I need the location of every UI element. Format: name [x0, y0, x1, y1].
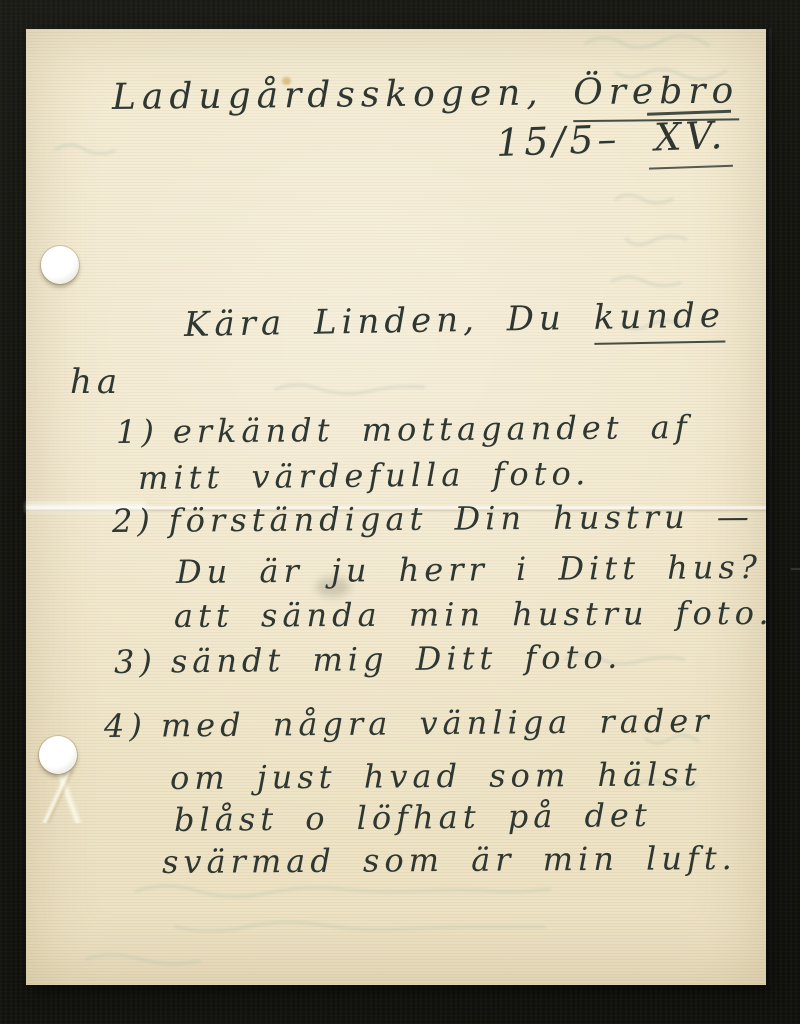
- greeting-text: Kära Linden, Du: [184, 298, 594, 345]
- album-page-background: Ladugårdsskogen, Örebro 15/5– XV. Kära L…: [0, 0, 800, 1024]
- list-item-4-line-4: svärmad som är min luft.: [162, 839, 737, 881]
- date-dash: –: [597, 117, 622, 162]
- item-3-text: sändt mig Ditt foto.: [171, 638, 623, 681]
- list-item-1-line-2: mitt värdefulla foto.: [138, 454, 591, 497]
- list-item-4-line-2: om just hvad som hälst: [170, 755, 702, 797]
- item-2-text: förständigat Din hustru —: [169, 498, 754, 540]
- item-1-text: erkändt mottagandet af: [173, 408, 692, 451]
- list-item-2-line-3: att sända min hustru foto.: [174, 594, 774, 635]
- item-4-text: med några vänliga rader: [161, 702, 714, 745]
- list-item-1-line-1: 1)erkändt mottagandet af: [116, 408, 692, 451]
- letter-paper: Ladugårdsskogen, Örebro 15/5– XV. Kära L…: [26, 29, 766, 985]
- hole-punch-top: [41, 246, 79, 284]
- letter-greeting-line: Kära Linden, Du kunde: [184, 296, 726, 345]
- item-4-number: 4): [104, 707, 147, 745]
- letter-location-line: Ladugårdsskogen, Örebro: [112, 70, 740, 118]
- item-2-number: 2): [112, 502, 155, 540]
- hole-punch-bottom: [39, 736, 77, 774]
- item-1-number: 1): [116, 413, 159, 451]
- list-item-2-line-2: Du är ju herr i Ditt hus? —: [176, 547, 800, 591]
- paper-tear: [34, 771, 86, 823]
- list-item-4-line-3: blåst o löfhat på det: [174, 796, 652, 839]
- greeting-emphasis-underlined: kunde: [593, 296, 725, 345]
- list-item-3-line-1: 3)sändt mig Ditt foto.: [114, 638, 623, 681]
- list-item-4-line-1: 4)med några vänliga rader: [104, 702, 714, 745]
- greeting-continuation: ha: [70, 362, 122, 402]
- item-3-number: 3): [114, 643, 157, 681]
- letter-date-line: 15/5– XV.: [495, 113, 733, 165]
- list-item-2-line-1: 2)förständigat Din hustru —: [112, 498, 754, 540]
- date-year-roman: XV.: [647, 110, 733, 170]
- location-text: Ladugårdsskogen,: [112, 72, 574, 118]
- date-day: 15/5: [495, 117, 598, 165]
- binding-gutter-shadow: [769, 28, 772, 986]
